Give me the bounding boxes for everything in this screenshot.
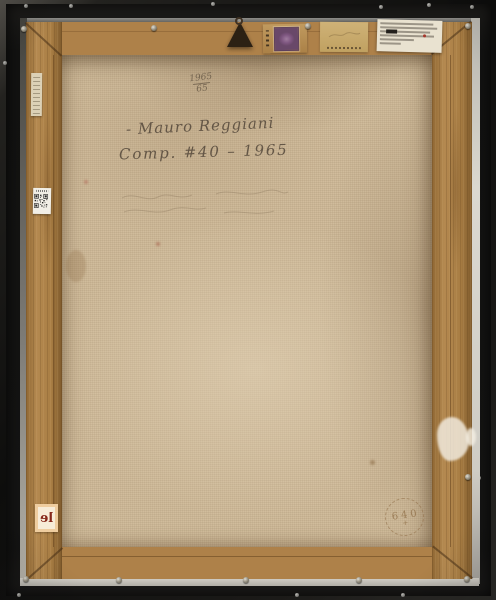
typed-label-line [380,34,434,38]
screw [465,474,471,480]
qr-code [34,194,48,208]
revenue-stamp-label-text [266,30,269,46]
tan-label [320,22,368,53]
screw [151,25,157,31]
screw [356,577,362,583]
artwork-verso-photo: 1965 65 - Mauro Reggiani Comp. #40 – 196… [0,0,496,600]
frame-screw [379,5,383,9]
screw [116,577,122,583]
metal-strip-right [471,18,480,584]
stretcher-bar-bottom [62,547,432,579]
mirrored-letters: le [40,511,53,526]
screw [305,23,311,29]
frame-screw [3,61,7,65]
hanging-hook-nail [238,19,241,22]
frame-screw [295,593,299,597]
typed-label [377,19,443,53]
typed-label-line [380,42,401,45]
screw [21,26,27,32]
stretcher-groove [53,55,54,547]
typed-label-line [380,30,430,33]
hanging-hook [227,22,253,47]
canvas-stain [370,460,375,465]
side-label-strip [31,73,42,116]
frame-screw [211,2,215,6]
qr-sticker-text [36,190,48,192]
screw [465,23,471,29]
typed-label-line [380,22,433,25]
screw [23,576,29,582]
typed-label-line [380,38,414,41]
tan-label-text [327,47,361,49]
frame-screw [17,593,21,597]
screw [464,576,470,582]
canvas-stain [156,242,160,246]
typed-label-ink-mark [386,29,397,33]
frame-screw [69,4,73,8]
revenue-stamp [274,27,299,51]
collection-stamp-cross: + [402,520,408,525]
revenue-stamp-label [263,24,307,54]
faded-inscription [112,182,294,228]
metal-strip-bottom [20,578,479,586]
stretcher-bar-right [432,22,472,579]
side-label-text-lines [33,75,40,114]
stretcher-groove [62,556,432,557]
tan-label-scrawl [326,28,362,42]
frame-screw [470,5,474,9]
qr-code-sticker [33,188,51,214]
canvas-stain [66,250,86,282]
frame-screw [427,3,431,7]
stretcher-groove [450,55,451,547]
date-fraction: 1965 65 [189,72,214,96]
paint-patch [466,428,476,446]
screw [243,577,249,583]
canvas-stain [84,180,88,184]
frame-screw [401,593,405,597]
frame-screw [24,4,28,8]
mirrored-fragment-label: le [35,504,58,532]
typed-label-red-dot [423,34,426,37]
